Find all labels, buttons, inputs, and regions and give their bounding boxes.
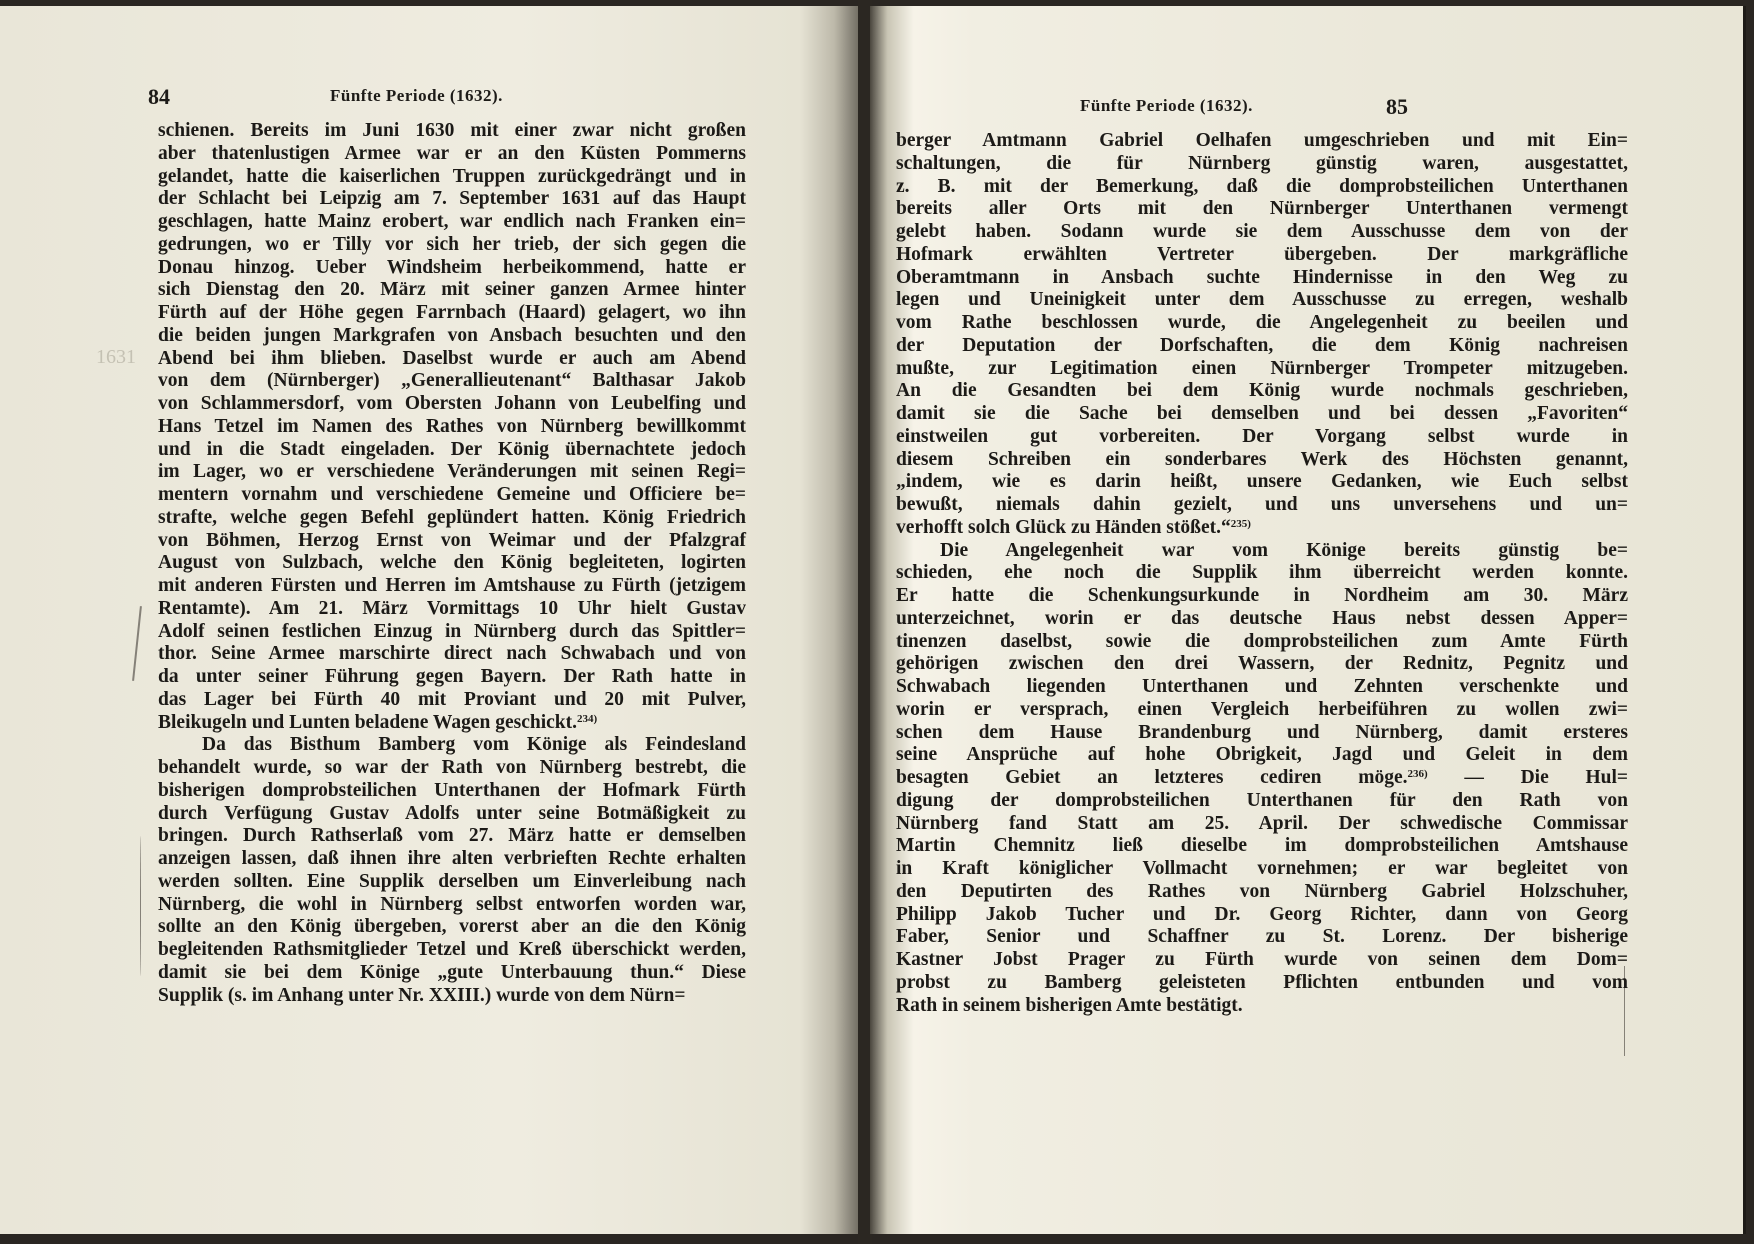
text-line: Supplik (s. im Anhang unter Nr. XXIII.) … [158,985,746,1008]
text-line: tinenzen daselbst, sowie die domprobstei… [896,631,1628,654]
text-line: gedrungen, wo er Tilly vor sich her trie… [158,234,746,257]
bleed-through-text: 1631 [96,346,136,369]
text-line: Kastner Jobst Prager zu Fürth wurde von … [896,949,1628,972]
text-line: seine Ansprüche auf hohe Obrigkeit, Jagd… [896,744,1628,767]
text-line: Nürnberg, die wohl in Nürnberg selbst en… [158,894,746,917]
page-number-right: 85 [1386,94,1408,120]
text-line: mit anderen Fürsten und Herren im Amtsha… [158,575,746,598]
footnote-reference: 234) [577,713,597,725]
pencil-margin-bracket [140,836,141,976]
page-number-left: 84 [148,84,170,110]
text-line: von Schlammersdorf, vom Obersten Johann … [158,393,746,416]
text-line: von dem (Nürnberger) „Generallieutenant“… [158,370,746,393]
text-line: Rentamte). Am 21. März Vormittags 10 Uhr… [158,598,746,621]
text-line: anzeigen lassen, daß ihnen ihre alten ve… [158,848,746,871]
text-line: sich Dienstag den 20. März mit seiner ga… [158,279,746,302]
text-line: geschlagen, hatte Mainz erobert, war end… [158,211,746,234]
text-line: bisherigen domprobsteilichen Unterthanen… [158,780,746,803]
text-line: gehörigen zwischen den drei Wassern, der… [896,653,1628,676]
footnote-reference: 236) [1408,768,1428,780]
text-line: im Lager, wo er verschiedene Veränderung… [158,461,746,484]
text-line: Hofmark erwählten Vertreter übergeben. D… [896,244,1628,267]
text-line: gelandet, hatte die kaiserlichen Truppen… [158,166,746,189]
text-line: schen dem Hause Brandenburg und Nürnberg… [896,722,1628,745]
text-line: besagten Gebiet an letzteres cediren mög… [896,767,1628,790]
text-line: August von Sulzbach, welche den König be… [158,552,746,575]
text-line: bewußt, niemals dahin gezielt, und uns u… [896,494,1628,517]
text-line: gelebt haben. Sodann wurde sie dem Aussc… [896,221,1628,244]
text-line: Oberamtmann in Ansbach suchte Hinderniss… [896,267,1628,290]
text-line: legen und Uneinigkeit unter dem Ausschus… [896,289,1628,312]
text-line: z. B. mit der Bemerkung, daß die domprob… [896,176,1628,199]
text-line: durch Verfügung Gustav Adolfs unter sein… [158,803,746,826]
text-line: Adolf seinen festlichen Einzug in Nürnbe… [158,621,746,644]
text-line: mentern vornahm und verschiedene Gemeine… [158,484,746,507]
text-line: berger Amtmann Gabriel Oelhafen umgeschr… [896,130,1628,153]
text-line: strafte, welche gegen Befehl geplündert … [158,507,746,530]
text-line: worin er versprach, einen Vergleich herb… [896,699,1628,722]
text-line: probst zu Bamberg geleisteten Pflichten … [896,972,1628,995]
text-line: Fürth auf der Höhe gegen Farrnbach (Haar… [158,302,746,325]
running-title-right: Fünfte Periode (1632). [1080,96,1253,116]
right-page: Fünfte Periode (1632). 85 berger Amtmann… [870,6,1746,1234]
text-line: das Lager bei Fürth 40 mit Proviant und … [158,689,746,712]
text-line: begleitenden Rathsmitglieder Tetzel und … [158,939,746,962]
text-line: der Deputation der Dorfschaften, die dem… [896,335,1628,358]
text-line: mußte, zur Legitimation einen Nürnberger… [896,358,1628,381]
text-line: unterzeichnet, worin er das deutsche Hau… [896,608,1628,631]
text-line: bringen. Durch Rathserlaß vom 27. März h… [158,825,746,848]
text-line: der Schlacht bei Leipzig am 7. September… [158,188,746,211]
left-page-body: schienen. Bereits im Juni 1630 mit einer… [158,120,746,1007]
pencil-margin-mark [132,606,142,681]
text-line: vom Rathe beschlossen wurde, die Angeleg… [896,312,1628,335]
running-title-left: Fünfte Periode (1632). [330,86,503,106]
footnote-reference: 235) [1231,518,1251,530]
text-line: werden sollten. Eine Supplik derselben u… [158,871,746,894]
text-line: Donau hinzog. Ueber Windsheim herbeikomm… [158,257,746,280]
text-line: und in die Stadt eingeladen. Der König ü… [158,439,746,462]
text-line: Martin Chemnitz ließ dieselbe im domprob… [896,835,1628,858]
text-line: Da das Bisthum Bamberg vom Könige als Fe… [158,734,746,757]
text-line: Schwabach liegenden Unterthanen und Zehn… [896,676,1628,699]
left-page: 84 Fünfte Periode (1632). 1631 schienen.… [0,6,860,1234]
text-line: Rath in seinem bisherigen Amte bestätigt… [896,995,1628,1018]
text-line: den Deputirten des Rathes von Nürnberg G… [896,881,1628,904]
text-line: verhofft solch Glück zu Händen stößet.“2… [896,517,1628,540]
text-line: Er hatte die Schenkungsurkunde in Nordhe… [896,585,1628,608]
text-line: sollte an den König übergeben, vorerst a… [158,916,746,939]
text-line: Nürnberg fand Statt am 25. April. Der sc… [896,813,1628,836]
text-line: Philipp Jakob Tucher und Dr. Georg Richt… [896,904,1628,927]
book-spread: 84 Fünfte Periode (1632). 1631 schienen.… [0,0,1754,1244]
text-line: schieden, ehe noch die Supplik ihm überr… [896,562,1628,585]
text-line: schaltungen, die für Nürnberg günstig wa… [896,153,1628,176]
text-line: in Kraft königlicher Vollmacht vornehmen… [896,858,1628,881]
text-line: Bleikugeln und Lunten beladene Wagen ges… [158,712,746,735]
text-line: digung der domprobsteilichen Unterthanen… [896,790,1628,813]
text-line: Faber, Senior und Schaffner zu St. Loren… [896,926,1628,949]
text-line: da unter seiner Führung gegen Bayern. De… [158,666,746,689]
text-line: damit sie die Sache bei demselben und be… [896,403,1628,426]
text-line: von Böhmen, Herzog Ernst von Weimar und … [158,530,746,553]
text-line: einstweilen gut vorbereiten. Der Vorgang… [896,426,1628,449]
text-line: schienen. Bereits im Juni 1630 mit einer… [158,120,746,143]
text-line: An die Gesandten bei dem König wurde noc… [896,380,1628,403]
text-line: aber thatenlustigen Armee war er an den … [158,143,746,166]
text-line: damit sie bei dem Könige „gute Unterbauu… [158,962,746,985]
text-line: Hans Tetzel im Namen des Rathes von Nürn… [158,416,746,439]
text-line: Abend bei ihm blieben. Daselbst wurde er… [158,348,746,371]
text-line: die beiden jungen Markgrafen von Ansbach… [158,325,746,348]
text-line: thor. Seine Armee marschirte direct nach… [158,643,746,666]
text-line: Die Angelegenheit war vom Könige bereits… [896,540,1628,563]
text-line: diesem Schreiben ein sonderbares Werk de… [896,449,1628,472]
text-line: bereits aller Orts mit den Nürnberger Un… [896,198,1628,221]
text-line: „indem, wie es darin heißt, unsere Gedan… [896,471,1628,494]
right-page-body: berger Amtmann Gabriel Oelhafen umgeschr… [896,130,1628,1017]
text-line: behandelt wurde, so war der Rath von Nür… [158,757,746,780]
